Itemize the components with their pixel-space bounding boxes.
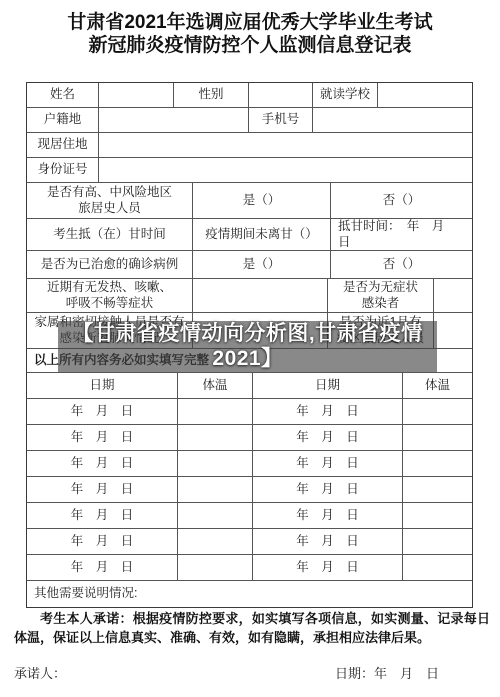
table-row-arrival-time: 考生抵（在）甘时间 疫情期间未离甘（） 抵甘时间： 年 月 日 xyxy=(27,219,472,251)
temp-cell xyxy=(403,425,472,450)
date-cell: 年 月 日 xyxy=(27,425,178,450)
date-header-left: 日期 xyxy=(27,373,178,398)
page-title-line2: 新冠肺炎疫情防控个人监测信息登记表 xyxy=(0,34,500,57)
temp-cell xyxy=(403,477,472,502)
asymptomatic-label: 是否为无症状 感染者 xyxy=(328,279,434,312)
temperature-row-2: 年 月 日 年 月 日 xyxy=(27,425,472,451)
table-row-id-number: 身份证号 xyxy=(27,158,472,183)
school-label: 就读学校 xyxy=(313,83,378,107)
temp-header-left: 体温 xyxy=(178,373,253,398)
date-cell: 年 月 日 xyxy=(253,399,403,424)
temp-cell xyxy=(178,451,253,476)
gender-value-cell xyxy=(249,83,313,107)
temp-cell xyxy=(403,399,472,424)
date-cell: 年 月 日 xyxy=(27,529,178,554)
arrival-time-label: 考生抵（在）甘时间 xyxy=(27,219,193,250)
date-cell: 年 月 日 xyxy=(253,451,403,476)
address-label: 现居住地 xyxy=(27,133,99,157)
symptoms-value-cell xyxy=(193,279,328,312)
watermark-line1: 【甘肃省疫情动向分析图,甘肃省疫情 xyxy=(58,321,437,346)
pledger-signature-label: 承诺人： xyxy=(14,663,66,682)
id-number-label: 身份证号 xyxy=(27,158,99,182)
temperature-row-5: 年 月 日 年 月 日 xyxy=(27,503,472,529)
table-row-symptoms: 近期有无发热、咳嗽、 呼吸不畅等症状 是否为无症状 感染者 xyxy=(27,279,472,313)
id-number-value-cell xyxy=(99,158,472,182)
table-row-basic-info-2: 户籍地 手机号 xyxy=(27,108,472,133)
phone-value-cell xyxy=(313,108,472,132)
temp-cell xyxy=(178,503,253,528)
temp-cell xyxy=(178,399,253,424)
watermark-line2: 2021】 xyxy=(58,346,437,371)
date-cell: 年 月 日 xyxy=(27,451,178,476)
date-cell: 年 月 日 xyxy=(253,503,403,528)
other-notes-label: 其他需要说明情况: xyxy=(27,581,472,607)
temp-cell xyxy=(178,529,253,554)
date-cell: 年 月 日 xyxy=(27,399,178,424)
temp-cell xyxy=(403,503,472,528)
pledge-paragraph: 考生本人承诺：根据疫情防控要求，如实填写各项信息，如实测量、记录每日体温，保证以… xyxy=(14,610,490,648)
address-value-cell xyxy=(99,133,472,157)
date-cell: 年 月 日 xyxy=(253,477,403,502)
table-row-cured-case: 是否为已治愈的确诊病例 是（） 否（） xyxy=(27,251,472,279)
page-title: 甘肃省2021年选调应届优秀大学毕业生考试 新冠肺炎疫情防控个人监测信息登记表 xyxy=(0,11,500,57)
date-cell: 年 月 日 xyxy=(253,529,403,554)
date-cell: 年 月 日 xyxy=(27,555,178,580)
cured-case-label: 是否为已治愈的确诊病例 xyxy=(27,251,193,278)
asymptomatic-value-cell xyxy=(434,279,472,312)
not-left-gansu-option: 疫情期间未离甘（） xyxy=(193,219,331,250)
cured-case-no-option: 否（） xyxy=(331,251,472,278)
date-cell: 年 月 日 xyxy=(27,503,178,528)
school-value-cell xyxy=(378,83,472,107)
risk-area-history-label: 是否有高、中风险地区 旅居史人员 xyxy=(27,183,193,218)
risk-area-yes-option: 是（） xyxy=(193,183,331,218)
risk-area-no-option: 否（） xyxy=(331,183,472,218)
table-row-other-notes: 其他需要说明情况: xyxy=(27,581,472,607)
temperature-row-6: 年 月 日 年 月 日 xyxy=(27,529,472,555)
recent-travel-value-cell xyxy=(434,313,472,348)
symptoms-label: 近期有无发热、咳嗽、 呼吸不畅等症状 xyxy=(27,279,193,312)
temp-header-right: 体温 xyxy=(403,373,472,398)
date-header-right: 日期 xyxy=(253,373,403,398)
table-row-address: 现居住地 xyxy=(27,133,472,158)
temp-cell xyxy=(403,529,472,554)
date-cell: 年 月 日 xyxy=(27,477,178,502)
watermark-overlay: 【甘肃省疫情动向分析图,甘肃省疫情 2021】 xyxy=(58,321,437,372)
temp-cell xyxy=(178,425,253,450)
temperature-row-7: 年 月 日 年 月 日 xyxy=(27,555,472,581)
date-cell: 年 月 日 xyxy=(253,555,403,580)
temperature-row-1: 年 月 日 年 月 日 xyxy=(27,399,472,425)
name-value-cell xyxy=(99,83,174,107)
date-cell: 年 月 日 xyxy=(253,425,403,450)
table-row-basic-info-1: 姓名 性别 就读学校 xyxy=(27,83,472,108)
temp-cell xyxy=(178,477,253,502)
temperature-table-header: 日期 体温 日期 体温 xyxy=(27,373,472,399)
table-row-risk-area-history: 是否有高、中风险地区 旅居史人员 是（） 否（） xyxy=(27,183,472,219)
cured-case-yes-option: 是（） xyxy=(193,251,331,278)
phone-label: 手机号 xyxy=(249,108,313,132)
temp-cell xyxy=(403,555,472,580)
temperature-row-4: 年 月 日 年 月 日 xyxy=(27,477,472,503)
page-title-line1: 甘肃省2021年选调应届优秀大学毕业生考试 xyxy=(0,11,500,34)
name-label: 姓名 xyxy=(27,83,99,107)
arrival-date-cell: 抵甘时间： 年 月 日 xyxy=(331,219,472,250)
temperature-row-3: 年 月 日 年 月 日 xyxy=(27,451,472,477)
signature-date-label: 日期：年 月 日 xyxy=(335,663,439,682)
household-value-cell xyxy=(99,108,249,132)
household-label: 户籍地 xyxy=(27,108,99,132)
gender-label: 性别 xyxy=(174,83,249,107)
temp-cell xyxy=(403,451,472,476)
temp-cell xyxy=(178,555,253,580)
